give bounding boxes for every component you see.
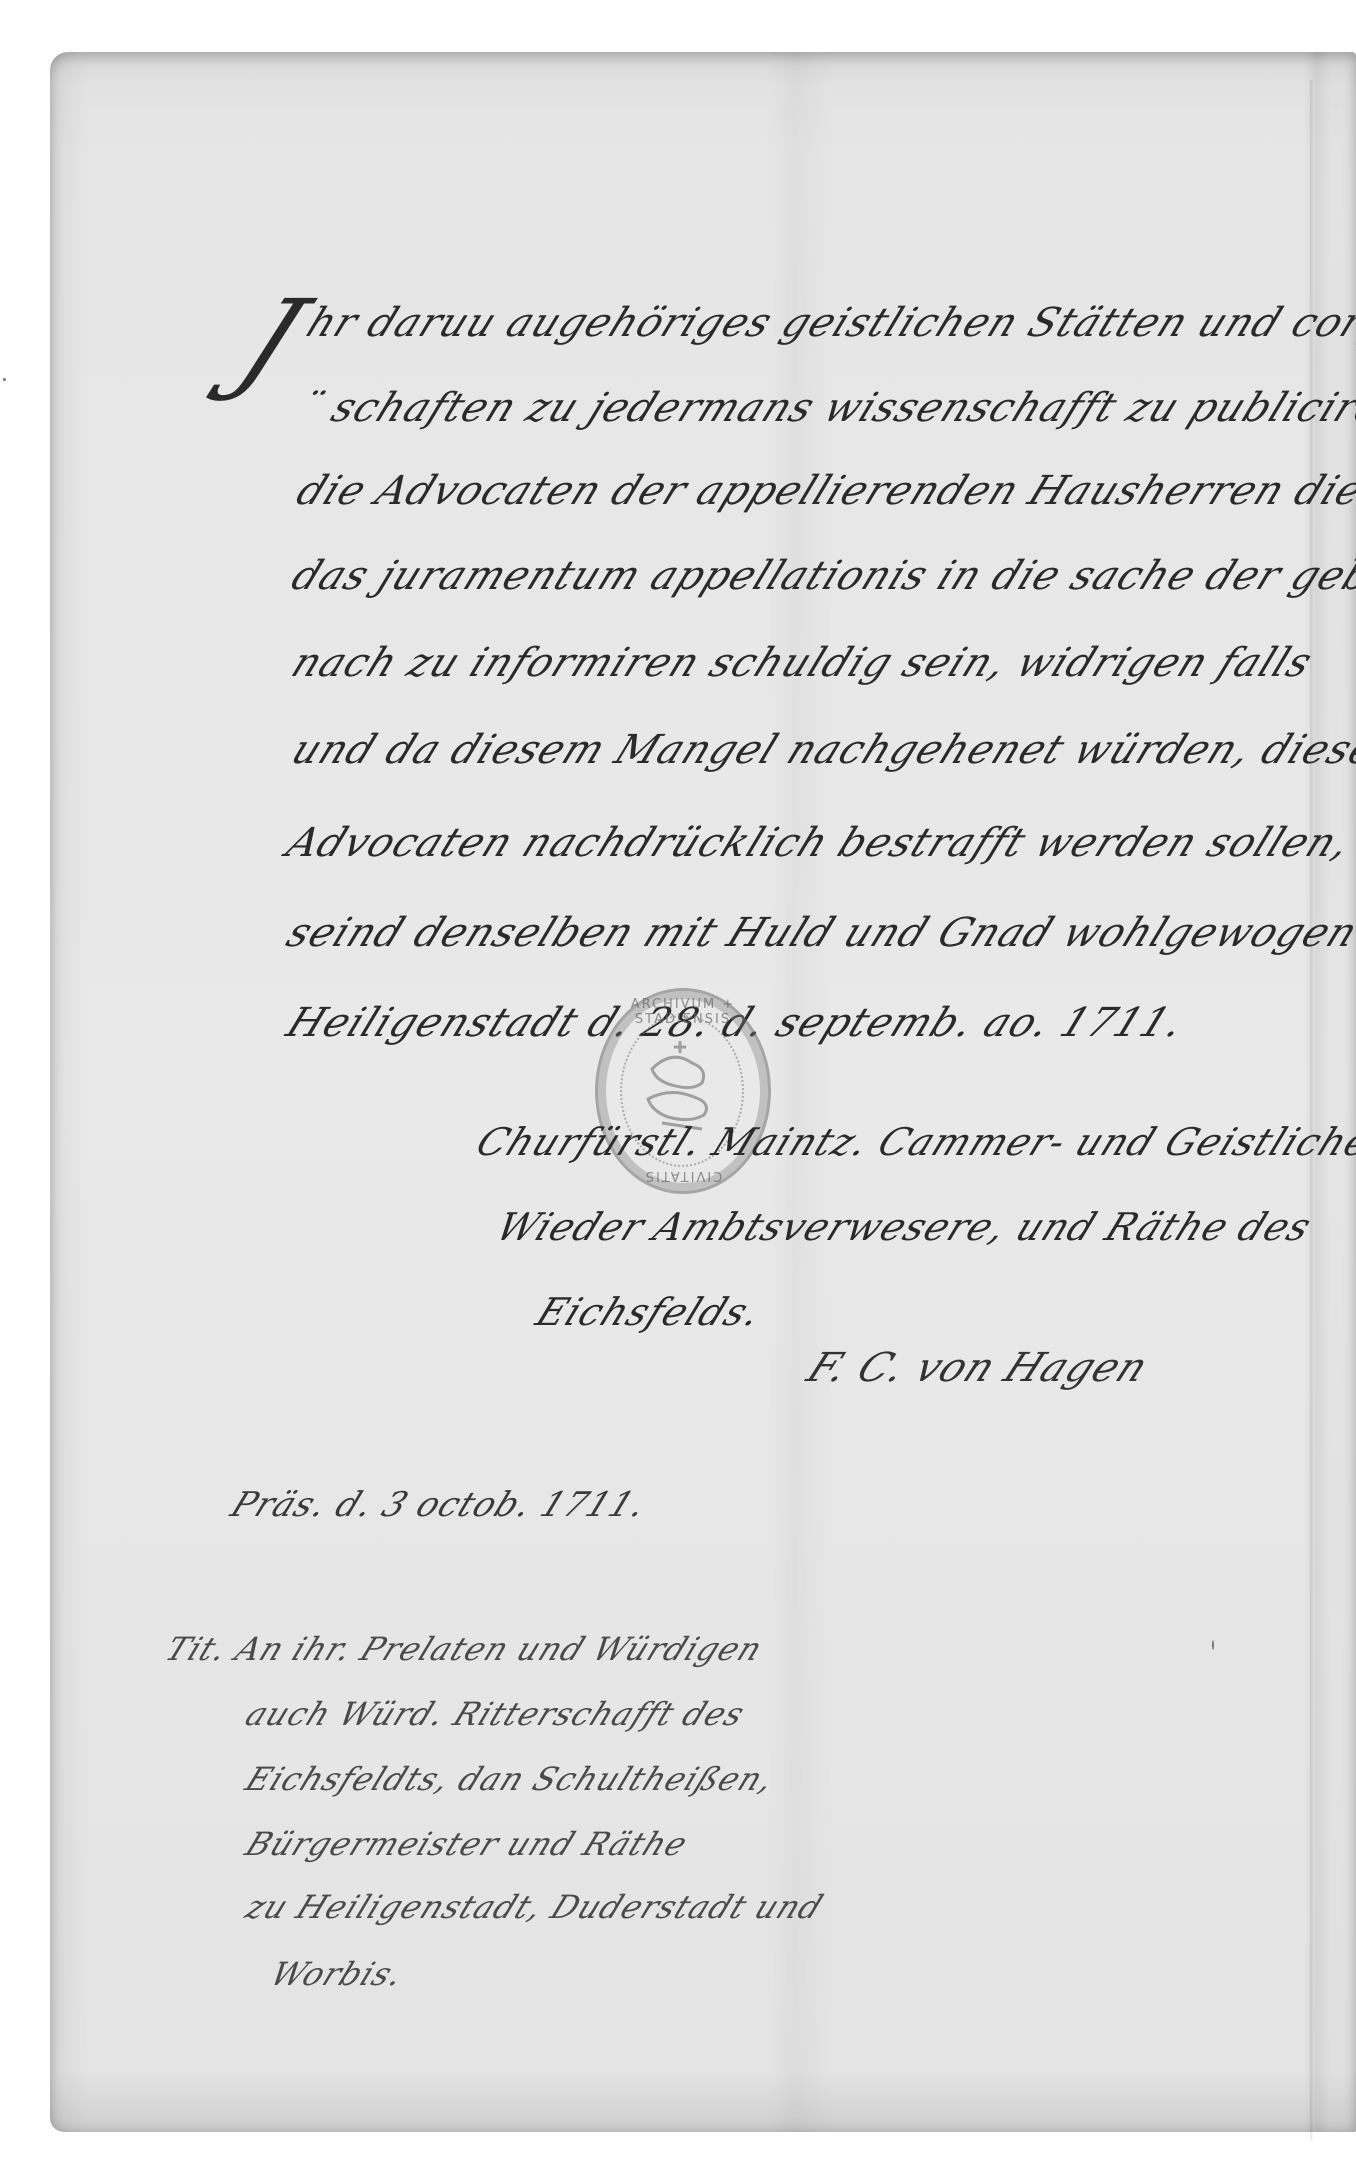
address-line-6: Worbis. <box>265 1955 410 1993</box>
body-line-8: seind denselben mit Huld und Gnad wohlge… <box>280 910 1356 956</box>
body-line-5: nach zu informiren schuldig sein, widrig… <box>285 640 1319 686</box>
address-line-4: Bürgermeister und Räthe <box>240 1825 694 1863</box>
paper-speck <box>1212 1640 1214 1650</box>
address-line-1: Tit. An ihr. Prelaten und Würdigen <box>160 1630 769 1668</box>
body-line-7: Advocaten nachdrücklich bestrafft werden… <box>280 820 1356 866</box>
body-line-1: hr daruu augehöriges geistlichen Stätten… <box>300 300 1356 346</box>
body-line-3: die Advocaten der appellierenden Hausher… <box>290 468 1356 514</box>
closing-line-2: Wieder Ambtsverwesere, und Räthe des <box>490 1205 1318 1249</box>
address-line-5: zu Heiligenstadt, Duderstadt und <box>240 1888 829 1926</box>
receipt-note: Präs. d. 3 octob. 1711. <box>225 1485 653 1525</box>
body-line-6: und da diesem Mangel nachgehenet würden,… <box>285 727 1356 773</box>
paper-speck <box>3 378 6 381</box>
address-line-3: Eichsfeldts, dan Schultheißen, <box>240 1760 780 1798</box>
body-line-4: das juramentum appellationis in die sach… <box>285 553 1356 599</box>
closing-line-1: Churfürstl. Maintz. Cammer- und Geistlic… <box>470 1120 1356 1164</box>
closing-line-3: Eichsfelds. <box>530 1290 769 1334</box>
address-line-2: auch Würd. Ritterschafft des <box>240 1695 751 1733</box>
seal-text-bottom: CIVITATIS <box>598 1168 768 1183</box>
body-line-2: ¨ schaften zu jedermans wissenschafft zu… <box>290 385 1356 431</box>
signature: F. C. von Hagen <box>800 1345 1156 1391</box>
